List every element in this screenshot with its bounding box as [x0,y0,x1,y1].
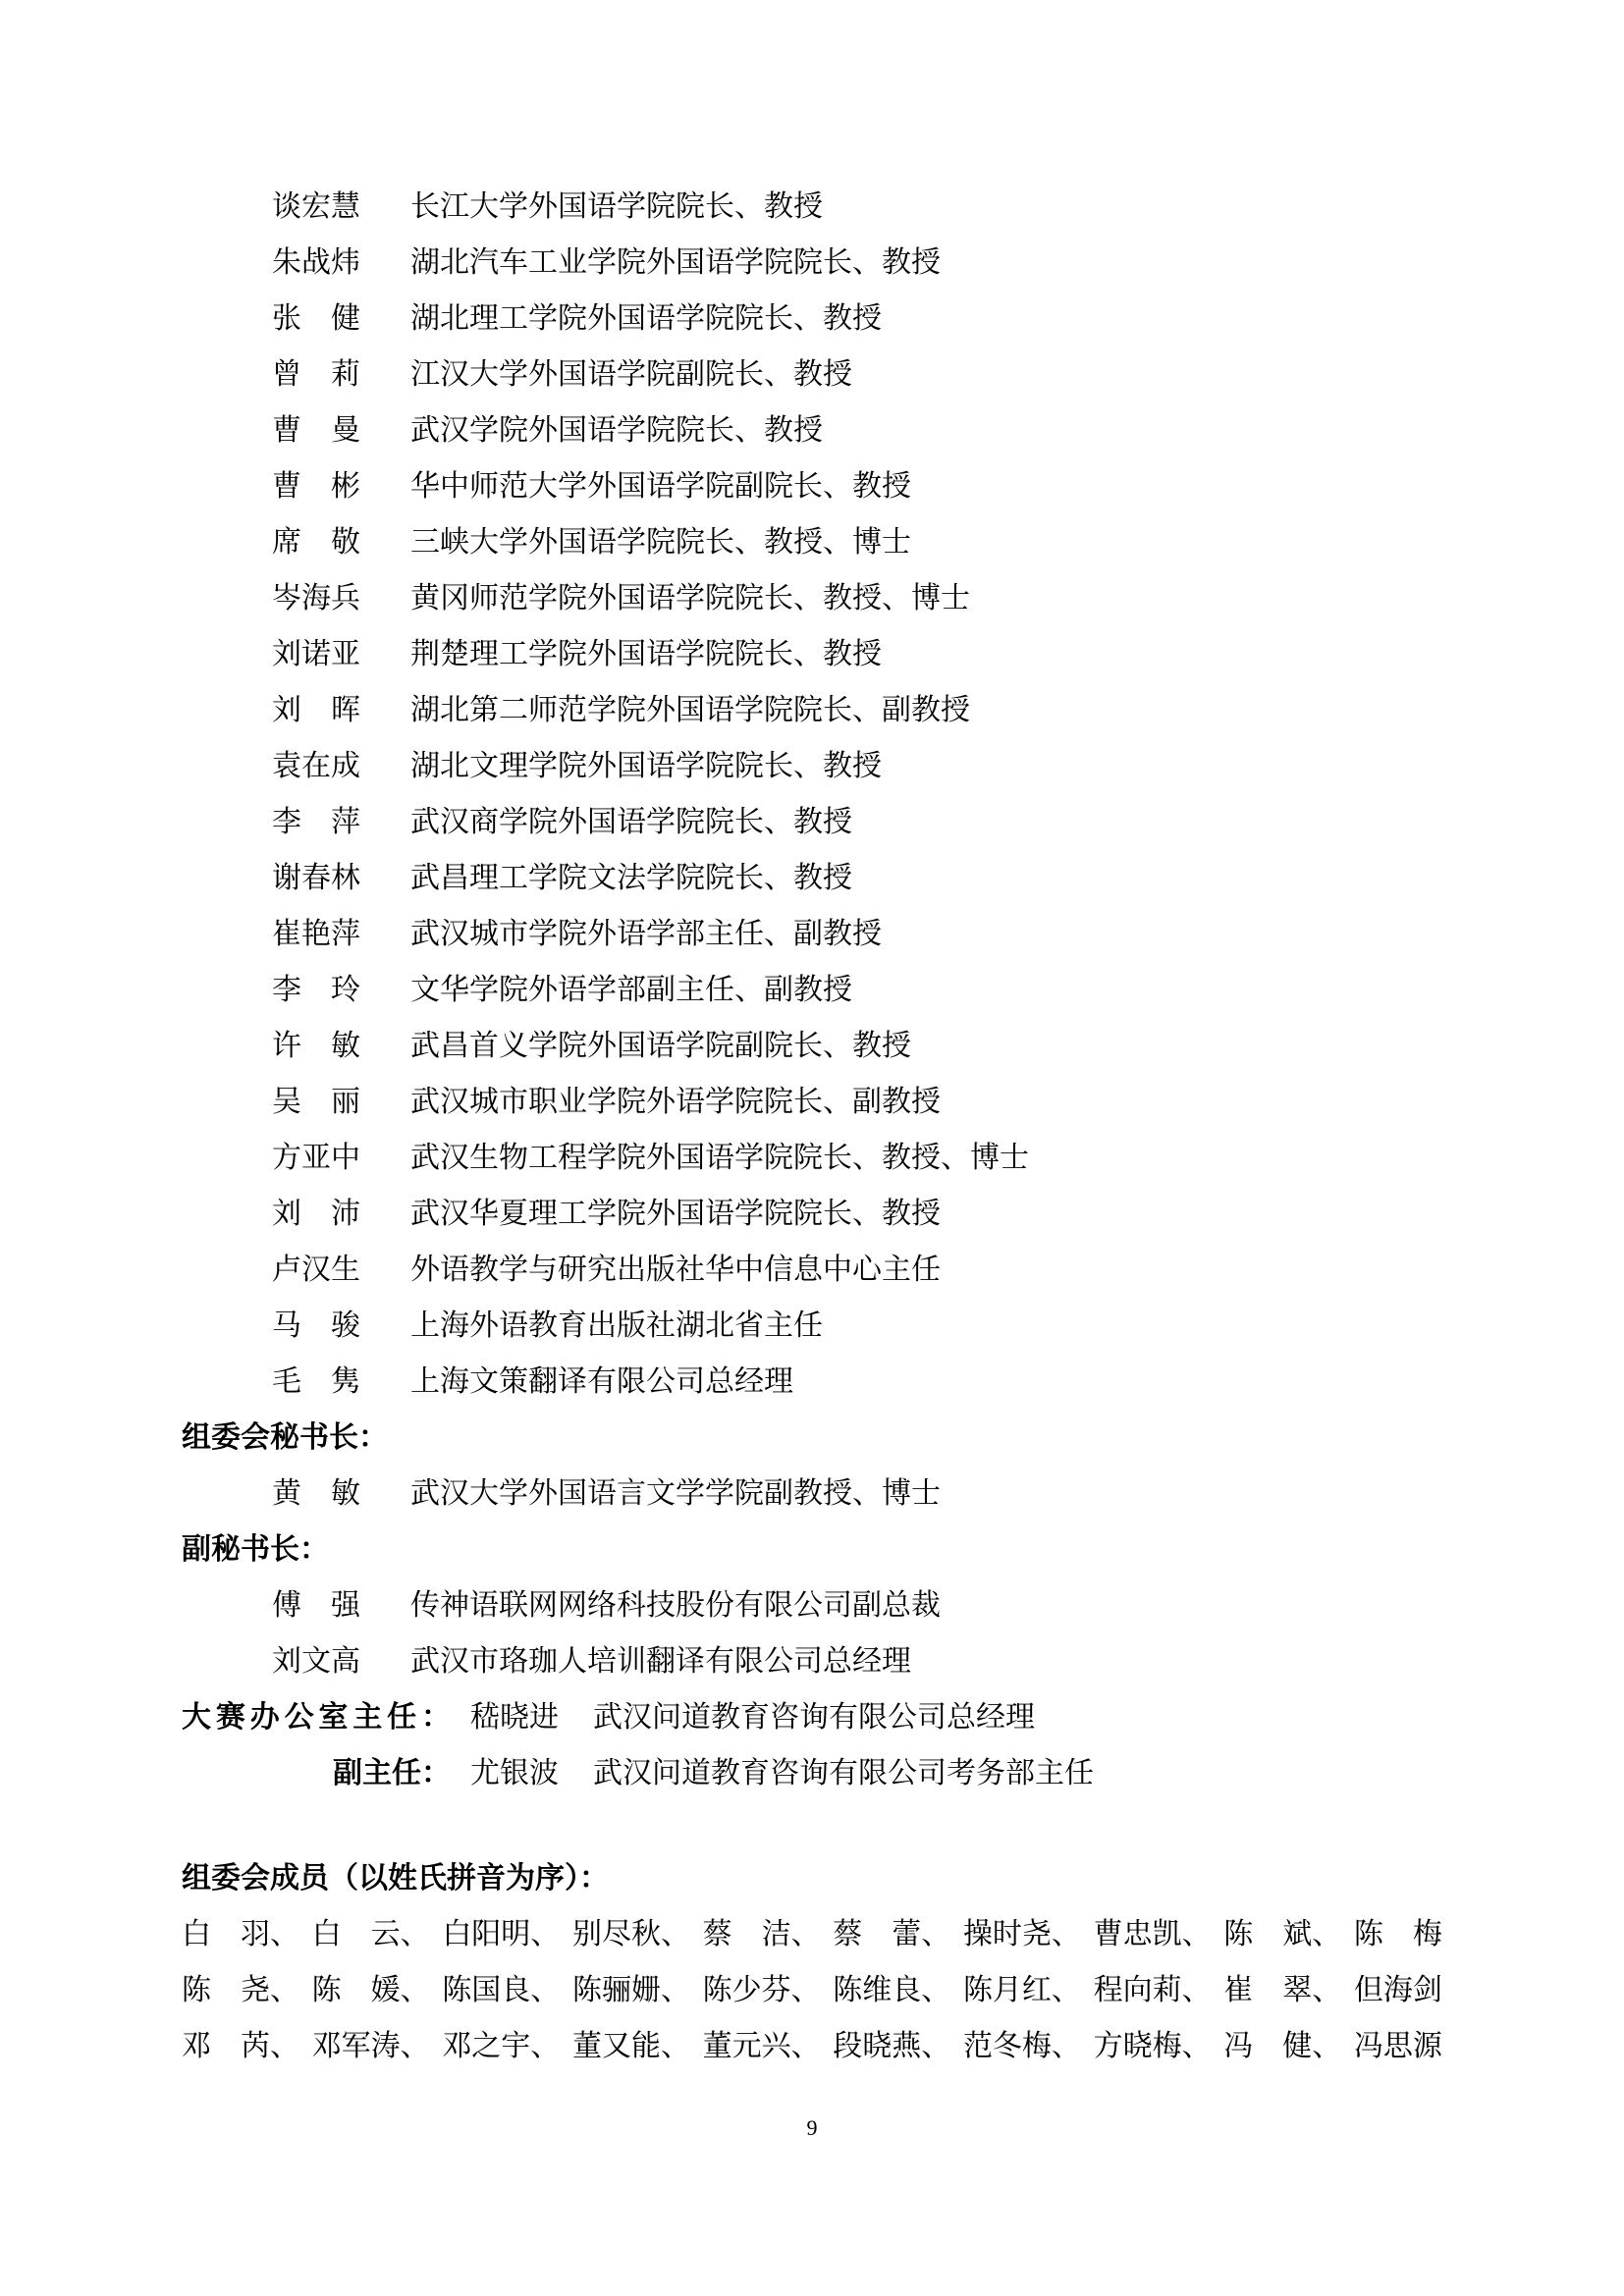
person-title: 湖北文理学院外国语学院院长、教授 [410,741,882,784]
person-name: 黄 敏 [272,1468,363,1512]
member-line: 陈 尧、陈 媛、陈国良、陈骊姗、陈少芬、陈维良、陈月红、程向莉、崔 翠、但海剑 [182,1958,1442,2014]
member-name: 邓 芮、 [182,2021,299,2064]
member-name: 程向莉、 [1094,1965,1212,2008]
person-name: 吴 丽 [272,1077,363,1120]
person-name: 曾 莉 [272,349,363,393]
person-title: 湖北理工学院外国语学院院长、教授 [410,294,882,337]
member-name: 邓军涛、 [312,2021,430,2064]
member-name: 蔡 洁、 [703,1909,821,1952]
person-title: 武汉城市学院外语学部主任、副教授 [410,909,882,952]
member-name: 白 羽、 [182,1909,299,1952]
person-title: 湖北第二师范学院外国语学院院长、副教授 [410,685,970,728]
person-name: 刘诺亚 [272,629,363,672]
person-name: 朱战炜 [272,238,363,281]
roster-row: 刘 沛 武汉华夏理工学院外国语学院院长、教授 [182,1182,1442,1238]
office-deputy-director-name: 尤银波 [470,1748,559,1791]
member-name: 段晓燕、 [833,2021,950,2064]
section-heading-secretary-general: 组委会秘书长： [182,1406,1442,1462]
person-title: 江汉大学外国语学院副院长、教授 [410,349,852,393]
person-title: 武汉市珞珈人培训翻译有限公司总经理 [410,1636,911,1680]
member-name: 陈 斌、 [1223,1909,1341,1952]
person-title: 武汉华夏理工学院外国语学院院长、教授 [410,1189,941,1232]
person-title: 华中师范大学外国语学院副院长、教授 [410,461,911,505]
committee-roster-list: 谈宏慧 长江大学外国语学院院长、教授 朱战炜 湖北汽车工业学院外国语学院院长、教… [182,175,1442,1406]
member-name: 但海剑 [1354,1965,1442,2008]
person-title: 湖北汽车工业学院外国语学院院长、教授 [410,238,941,281]
roster-row: 傅 强 传神语联网网络科技股份有限公司副总裁 [182,1574,1442,1629]
roster-row: 马 骏 上海外语教育出版社湖北省主任 [182,1294,1442,1350]
office-director-title: 武汉问道教育咨询有限公司总经理 [593,1692,1035,1735]
person-title: 武昌首义学院外国语学院副院长、教授 [410,1021,911,1064]
office-director-row: 大赛办公室主任： 嵇晓进 武汉问道教育咨询有限公司总经理 [182,1685,1442,1741]
roster-row: 吴 丽 武汉城市职业学院外语学院院长、副教授 [182,1070,1442,1126]
person-name: 谈宏慧 [272,182,363,225]
person-title: 武汉商学院外国语学院院长、教授 [410,797,852,840]
member-name: 冯 健、 [1223,2021,1341,2064]
roster-row: 毛 隽 上海文策翻译有限公司总经理 [182,1350,1442,1406]
member-name: 陈维良、 [833,1965,950,2008]
person-name: 崔艳萍 [272,909,363,952]
office-deputy-director-row: 副主任： 尤银波 武汉问道教育咨询有限公司考务部主任 [182,1741,1442,1797]
person-title: 外语教学与研究出版社华中信息中心主任 [410,1245,941,1288]
person-name: 曹 曼 [272,405,363,449]
member-name: 陈少芬、 [703,1965,821,2008]
roster-row: 崔艳萍 武汉城市学院外语学部主任、副教授 [182,902,1442,958]
person-name: 岑海兵 [272,573,363,616]
office-deputy-director-title: 武汉问道教育咨询有限公司考务部主任 [593,1748,1094,1791]
secretary-general-list: 黄 敏 武汉大学外国语言文学学院副教授、博士 [182,1462,1442,1518]
roster-row: 曾 莉 江汉大学外国语学院副院长、教授 [182,343,1442,399]
person-title: 武昌理工学院文法学院院长、教授 [410,853,852,896]
person-title: 传神语联网网络科技股份有限公司副总裁 [410,1580,941,1624]
section-heading-deputy-secretary: 副秘书长： [182,1518,1442,1574]
office-director-name: 嵇晓进 [470,1692,559,1735]
person-name: 席 敬 [272,517,363,561]
member-line: 邓 芮、邓军涛、邓之宇、董又能、董元兴、段晓燕、范冬梅、方晓梅、冯 健、冯思源 [182,2014,1442,2070]
person-title: 武汉城市职业学院外语学院院长、副教授 [410,1077,941,1120]
person-name: 傅 强 [272,1580,363,1624]
person-name: 谢春林 [272,853,363,896]
office-deputy-director-label: 副主任： [182,1748,451,1791]
roster-row: 黄 敏 武汉大学外国语言文学学院副教授、博士 [182,1462,1442,1518]
member-name: 冯思源 [1354,2021,1442,2064]
person-name: 刘 晖 [272,685,363,728]
member-name: 方晓梅、 [1094,2021,1212,2064]
person-title: 武汉大学外国语言文学学院副教授、博士 [410,1468,941,1512]
member-name: 白阳明、 [442,1909,560,1952]
member-line: 白 羽、白 云、白阳明、别尽秋、蔡 洁、蔡 蕾、操时尧、曹忠凯、陈 斌、陈 梅 [182,1902,1442,1958]
member-name: 崔 翠、 [1223,1965,1341,2008]
person-title: 三峡大学外国语学院院长、教授、博士 [410,517,911,561]
member-name: 陈 媛、 [312,1965,430,2008]
member-name: 陈国良、 [442,1965,560,2008]
member-name: 陈 梅 [1354,1909,1442,1952]
roster-row: 张 健 湖北理工学院外国语学院院长、教授 [182,287,1442,343]
member-name: 范冬梅、 [963,2021,1081,2064]
office-director-label: 大赛办公室主任： [182,1692,451,1735]
roster-row: 席 敬 三峡大学外国语学院院长、教授、博士 [182,510,1442,566]
member-name: 陈骊姗、 [572,1965,690,2008]
committee-members-list: 白 羽、白 云、白阳明、别尽秋、蔡 洁、蔡 蕾、操时尧、曹忠凯、陈 斌、陈 梅陈… [182,1902,1442,2070]
roster-row: 刘 晖 湖北第二师范学院外国语学院院长、副教授 [182,678,1442,734]
member-name: 曹忠凯、 [1094,1909,1212,1952]
roster-row: 李 玲 文华学院外语学部副主任、副教授 [182,958,1442,1014]
person-title: 上海文策翻译有限公司总经理 [410,1357,793,1400]
person-title: 长江大学外国语学院院长、教授 [410,182,823,225]
person-title: 荆楚理工学院外国语学院院长、教授 [410,629,882,672]
person-name: 张 健 [272,294,363,337]
roster-row: 岑海兵 黄冈师范学院外国语学院院长、教授、博士 [182,566,1442,622]
section-heading-committee-members: 组委会成员（以姓氏拼音为序）： [182,1846,1442,1902]
roster-row: 袁在成 湖北文理学院外国语学院院长、教授 [182,734,1442,790]
person-name: 袁在成 [272,741,363,784]
person-name: 卢汉生 [272,1245,363,1288]
roster-row: 刘文高 武汉市珞珈人培训翻译有限公司总经理 [182,1629,1442,1685]
roster-row: 卢汉生 外语教学与研究出版社华中信息中心主任 [182,1238,1442,1294]
roster-row: 刘诺亚 荆楚理工学院外国语学院院长、教授 [182,622,1442,678]
roster-row: 曹 彬 华中师范大学外国语学院副院长、教授 [182,454,1442,510]
member-name: 别尽秋、 [572,1909,690,1952]
person-name: 刘文高 [272,1636,363,1680]
person-name: 曹 彬 [272,461,363,505]
member-name: 董又能、 [572,2021,690,2064]
person-name: 马 骏 [272,1301,363,1344]
deputy-secretary-list: 傅 强 传神语联网网络科技股份有限公司副总裁 刘文高 武汉市珞珈人培训翻译有限公… [182,1574,1442,1685]
person-name: 李 萍 [272,797,363,840]
roster-row: 谢春林 武昌理工学院文法学院院长、教授 [182,846,1442,902]
person-title: 黄冈师范学院外国语学院院长、教授、博士 [410,573,970,616]
roster-row: 朱战炜 湖北汽车工业学院外国语学院院长、教授 [182,231,1442,287]
member-name: 邓之宇、 [442,2021,560,2064]
roster-row: 谈宏慧 长江大学外国语学院院长、教授 [182,175,1442,231]
member-name: 陈 尧、 [182,1965,299,2008]
roster-row: 方亚中 武汉生物工程学院外国语学院院长、教授、博士 [182,1126,1442,1182]
roster-row: 曹 曼 武汉学院外国语学院院长、教授 [182,399,1442,454]
person-title: 武汉生物工程学院外国语学院院长、教授、博士 [410,1133,1029,1176]
person-name: 方亚中 [272,1133,363,1176]
member-name: 董元兴、 [703,2021,821,2064]
member-name: 陈月红、 [963,1965,1081,2008]
person-name: 毛 隽 [272,1357,363,1400]
person-title: 上海外语教育出版社湖北省主任 [410,1301,823,1344]
person-title: 武汉学院外国语学院院长、教授 [410,405,823,449]
roster-row: 李 萍 武汉商学院外国语学院院长、教授 [182,790,1442,846]
member-name: 白 云、 [312,1909,430,1952]
person-name: 李 玲 [272,965,363,1008]
person-name: 刘 沛 [272,1189,363,1232]
document-page: 谈宏慧 长江大学外国语学院院长、教授 朱战炜 湖北汽车工业学院外国语学院院长、教… [0,0,1624,2296]
person-title: 文华学院外语学部副主任、副教授 [410,965,852,1008]
page-number: 9 [182,2115,1442,2141]
member-name: 操时尧、 [963,1909,1081,1952]
member-name: 蔡 蕾、 [833,1909,950,1952]
roster-row: 许 敏 武昌首义学院外国语学院副院长、教授 [182,1014,1442,1070]
person-name: 许 敏 [272,1021,363,1064]
